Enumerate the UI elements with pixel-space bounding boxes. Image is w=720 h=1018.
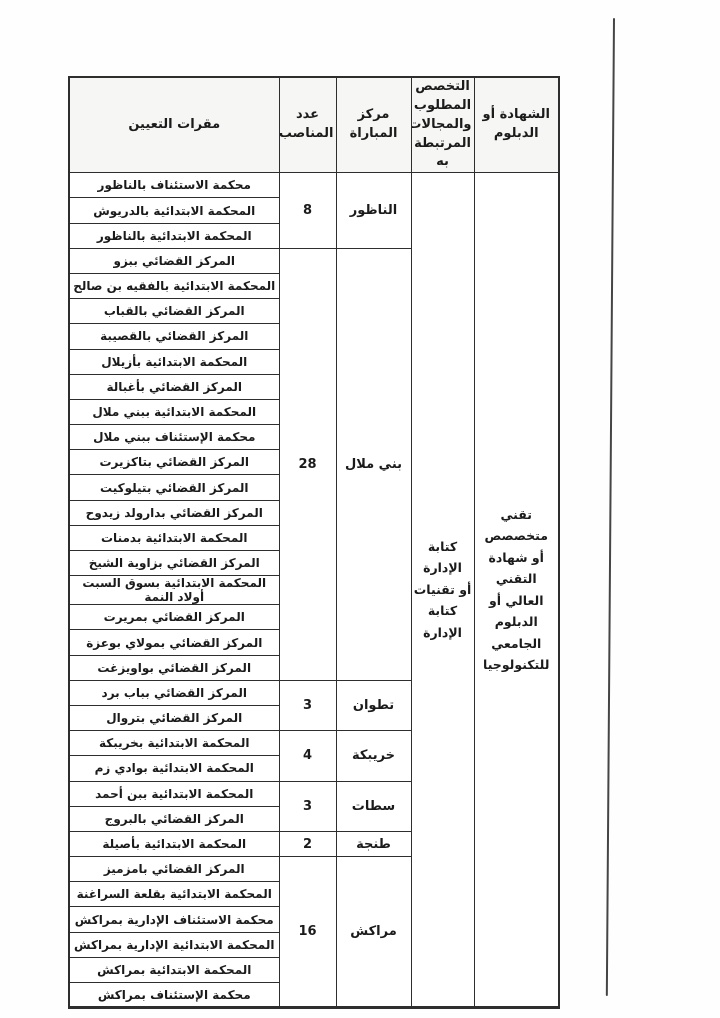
assignment-location-cell: المركز القضائي بتروال (69, 705, 279, 730)
competition-center-cell: خريبكة (336, 731, 411, 781)
assignment-location-cell: المحكمة الابتدائية بالفقيه بن صالح (69, 273, 279, 298)
competition-center-cell: طنجة (336, 831, 411, 856)
assignment-location-cell: المركز القضائي بمولاي بوعزة (69, 630, 279, 655)
competition-center-cell: تطوان (336, 680, 411, 730)
assignment-location-cell: المحكمة الابتدائية ببن أحمد (69, 781, 279, 806)
diploma-cell: تقني متخصصص أو شهادة التقني العالي أو ال… (474, 173, 559, 1008)
assignment-location-cell: المحكمة الابتدائية بأزيلال (69, 349, 279, 374)
assignment-location-cell: المركز القضائي بباب برد (69, 680, 279, 705)
assignment-location-cell: المركز القضائي بالبروج (69, 806, 279, 831)
positions-count-cell: 16 (279, 857, 336, 1008)
assignment-location-cell: المركز القضائي بواويزغت (69, 655, 279, 680)
assignment-location-cell: محكمة الإستئناف ببني ملال (69, 425, 279, 450)
positions-count-cell: 8 (279, 173, 336, 249)
specialty-cell: كتابة الإدارة أو تقنيات كتابة الإدارة (411, 173, 474, 1008)
assignment-location-cell: المحكمة الابتدائية بمراكش (69, 957, 279, 982)
assignment-location-cell: المحكمة الابتدائية بقلعة السراغنة (69, 882, 279, 907)
assignment-location-cell: المحكمة الابتدائية بوادي زم (69, 756, 279, 781)
table-row: تقني متخصصص أو شهادة التقني العالي أو ال… (69, 173, 559, 198)
assignment-location-cell: المركز القضائي بتيلوكيت (69, 475, 279, 500)
competition-center-cell: الناظور (336, 173, 411, 249)
assignment-location-cell: محكمة الاستئناف الإدارية بمراكش (69, 907, 279, 932)
assignment-location-cell: محكمة الاستئناف بالناظور (69, 173, 279, 198)
assignment-location-cell: المحكمة الابتدائية بدمنات (69, 525, 279, 550)
competition-center-cell: مراكش (336, 857, 411, 1008)
assignment-location-cell: المحكمة الابتدائية الإدارية بمراكش (69, 932, 279, 957)
header-row: الشهادة أو الدبلوم التخصص المطلوب والمجا… (69, 77, 559, 173)
assignment-location-cell: المركز القضائي بمريرت (69, 605, 279, 630)
positions-count-cell: 4 (279, 731, 336, 781)
assignment-location-cell: المركز القضائي بالقصيبة (69, 324, 279, 349)
header-competition-center: مركز المباراة (336, 77, 411, 173)
assignment-location-cell: المحكمة الابتدائية ببني ملال (69, 399, 279, 424)
document-page: الشهادة أو الدبلوم التخصص المطلوب والمجا… (0, 0, 720, 1018)
assignment-location-cell: المركز القضائي بتاكزيرت (69, 450, 279, 475)
positions-count-cell: 3 (279, 781, 336, 831)
assignment-location-cell: المركز القضائي بامزميز (69, 857, 279, 882)
page-edge-line (606, 18, 615, 996)
assignment-location-cell: المركز القضائي بزاوية الشيخ (69, 551, 279, 576)
header-assignment-locations: مقرات التعيين (69, 77, 279, 173)
assignment-location-cell: المحكمة الابتدائية بسوق السبت أولاد النم… (69, 576, 279, 605)
assignment-location-cell: المركز القضائي بالقباب (69, 299, 279, 324)
assignment-location-cell: المركز القضائي بدارولد زيدوح (69, 500, 279, 525)
assignment-location-cell: المركز القضائي ببزو (69, 248, 279, 273)
recruitment-table: الشهادة أو الدبلوم التخصص المطلوب والمجا… (68, 76, 560, 1009)
assignment-location-cell: المحكمة الابتدائية بالدريوش (69, 198, 279, 223)
positions-count-cell: 28 (279, 248, 336, 680)
header-specialty: التخصص المطلوب والمجالات المرتبطة به (411, 77, 474, 173)
assignment-location-cell: المحكمة الابتدائية بأصيلة (69, 831, 279, 856)
competition-center-cell: سطات (336, 781, 411, 831)
competition-center-cell: بني ملال (336, 248, 411, 680)
assignment-location-cell: المحكمة الابتدائية بالناظور (69, 223, 279, 248)
header-positions-count: عدد المناصب (279, 77, 336, 173)
assignment-location-cell: المركز القضائي بأغبالة (69, 374, 279, 399)
positions-count-cell: 2 (279, 831, 336, 856)
assignment-location-cell: محكمة الإستئناف بمراكش (69, 983, 279, 1008)
header-diploma: الشهادة أو الدبلوم (474, 77, 559, 173)
positions-count-cell: 3 (279, 680, 336, 730)
assignment-location-cell: المحكمة الابتدائية بخريبكة (69, 731, 279, 756)
